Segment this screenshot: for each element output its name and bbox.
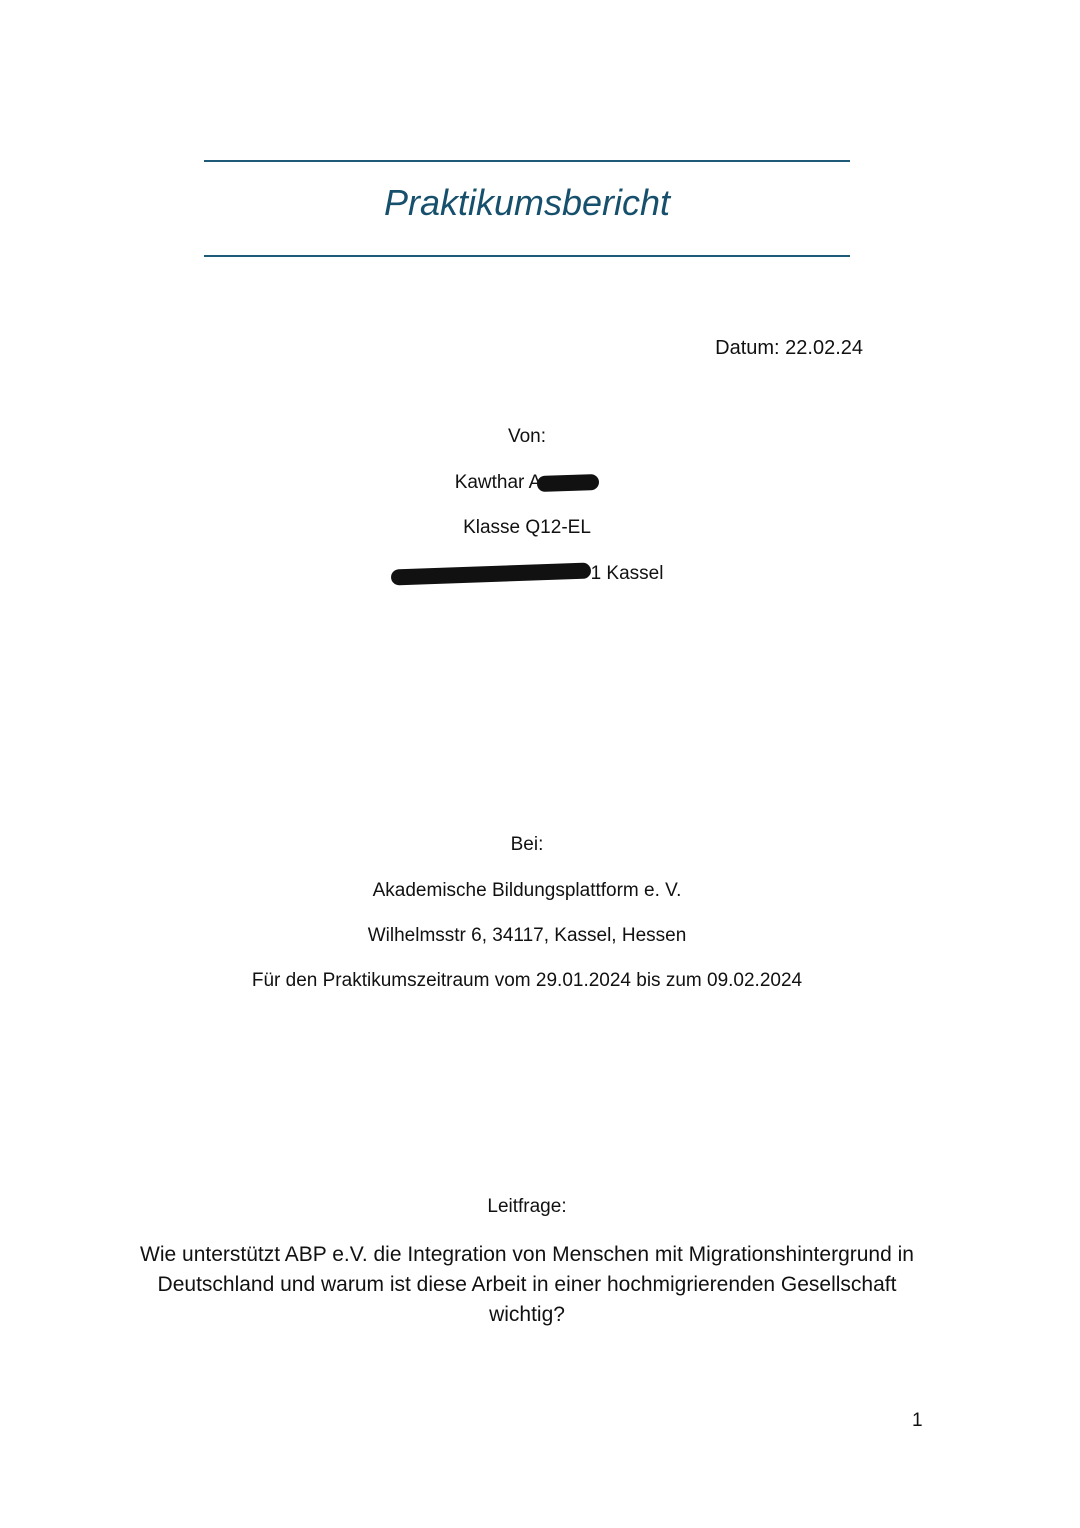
at-label: Bei: bbox=[0, 834, 1054, 856]
redaction-scribble bbox=[390, 562, 590, 585]
document-title: Praktikumsbericht bbox=[0, 182, 1054, 224]
organization-name: Akademische Bildungsplattform e. V. bbox=[0, 880, 1054, 902]
guiding-question-text: Wie unterstützt ABP e.V. die Integration… bbox=[120, 1240, 934, 1330]
title-rule-bottom bbox=[204, 255, 850, 257]
author-class: Klasse Q12-EL bbox=[0, 517, 1054, 539]
organization-address: Wilhelmsstr 6, 34117, Kassel, Hessen bbox=[0, 925, 1054, 947]
author-address: 1 Kassel bbox=[0, 563, 1054, 585]
author-name-text: Kawthar A bbox=[455, 472, 542, 493]
redaction-scribble bbox=[537, 474, 600, 492]
internship-period: Für den Praktikumszeitraum vom 29.01.202… bbox=[0, 970, 1054, 992]
from-label: Von: bbox=[0, 426, 1054, 448]
author-address-text: 1 Kassel bbox=[591, 563, 664, 584]
title-rule-top bbox=[204, 160, 850, 162]
author-name: Kawthar A bbox=[0, 472, 1054, 494]
page-number: 1 bbox=[912, 1410, 923, 1432]
guiding-question-label: Leitfrage: bbox=[0, 1196, 1054, 1218]
date-line: Datum: 22.02.24 bbox=[715, 337, 863, 360]
